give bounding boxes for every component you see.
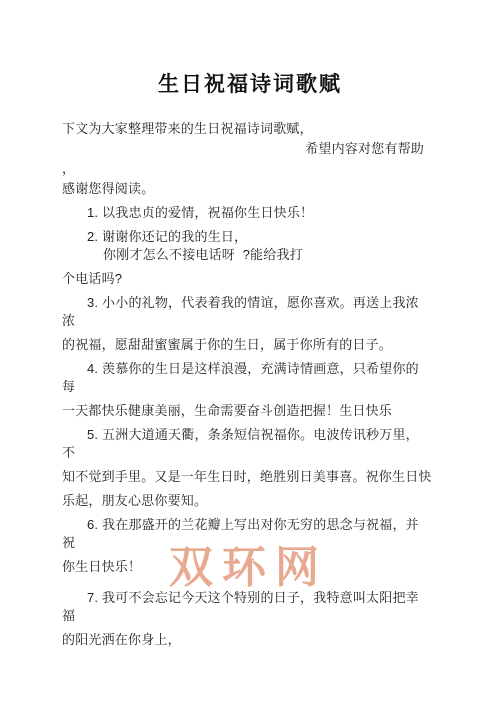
text-line: 浓 xyxy=(62,312,438,330)
list-item-5: 5. 五洲大道通天衢，条条短信祝福你。电波传讯秒万里， xyxy=(62,426,438,444)
list-item-3: 3. 小小的礼物，代表着我的情谊，愿你喜欢。再送上我浓 xyxy=(62,294,438,312)
list-item-2: 2. 谢谢你还记的我的生日， xyxy=(62,228,438,246)
document-page: 生日祝福诗词歌赋 下文为大家整理带来的生日祝福诗词歌赋， 希望内容对您有帮助 ，… xyxy=(0,0,500,708)
text-line: 的祝福，愿甜甜蜜蜜属于你的生日，属于你所有的日子。 xyxy=(62,336,438,354)
text-line: 感谢您得阅读。 xyxy=(62,180,438,198)
document-body: 下文为大家整理带来的生日祝福诗词歌赋， 希望内容对您有帮助 ， 感谢您得阅读。 … xyxy=(62,120,438,649)
text-line: 的阳光洒在你身上， xyxy=(62,631,438,649)
text-line: 每 xyxy=(62,378,438,396)
text-line: 乐起，朋友心思你要知。 xyxy=(62,492,438,510)
list-item-6: 6. 我在那盛开的兰花瓣上写出对你无穷的思念与祝福，并 xyxy=(62,516,438,534)
list-item-1: 1. 以我忠贞的爱情，祝福你生日快乐！ xyxy=(62,204,438,222)
text-line: 祝 xyxy=(62,534,438,552)
text-line: 你刚才怎么不接电话呀 ?能给我打 xyxy=(62,246,438,264)
list-item-7: 7. 我可不会忘记今天这个特别的日子，我特意叫太阳把幸 xyxy=(62,589,438,607)
text-line: 个电话吗? xyxy=(62,270,438,288)
text-line: 不 xyxy=(62,444,438,462)
text-line: 福 xyxy=(62,607,438,625)
text-line: 希望内容对您有帮助 xyxy=(62,140,438,158)
text-line: ， xyxy=(62,160,438,178)
text-line: 下文为大家整理带来的生日祝福诗词歌赋， xyxy=(62,120,438,138)
list-item-4: 4. 羡慕你的生日是这样浪漫，充满诗情画意，只希望你的 xyxy=(62,360,438,378)
text-line: 知不觉到手里。又是一年生日时，绝胜别日美事喜。祝你生日快 xyxy=(62,468,438,486)
text-line: 你生日快乐！ xyxy=(62,558,438,576)
document-title: 生日祝福诗词歌赋 xyxy=(0,0,500,98)
text-line: 一天都快乐健康美丽，生命需要奋斗创造把握！生日快乐 xyxy=(62,402,438,420)
